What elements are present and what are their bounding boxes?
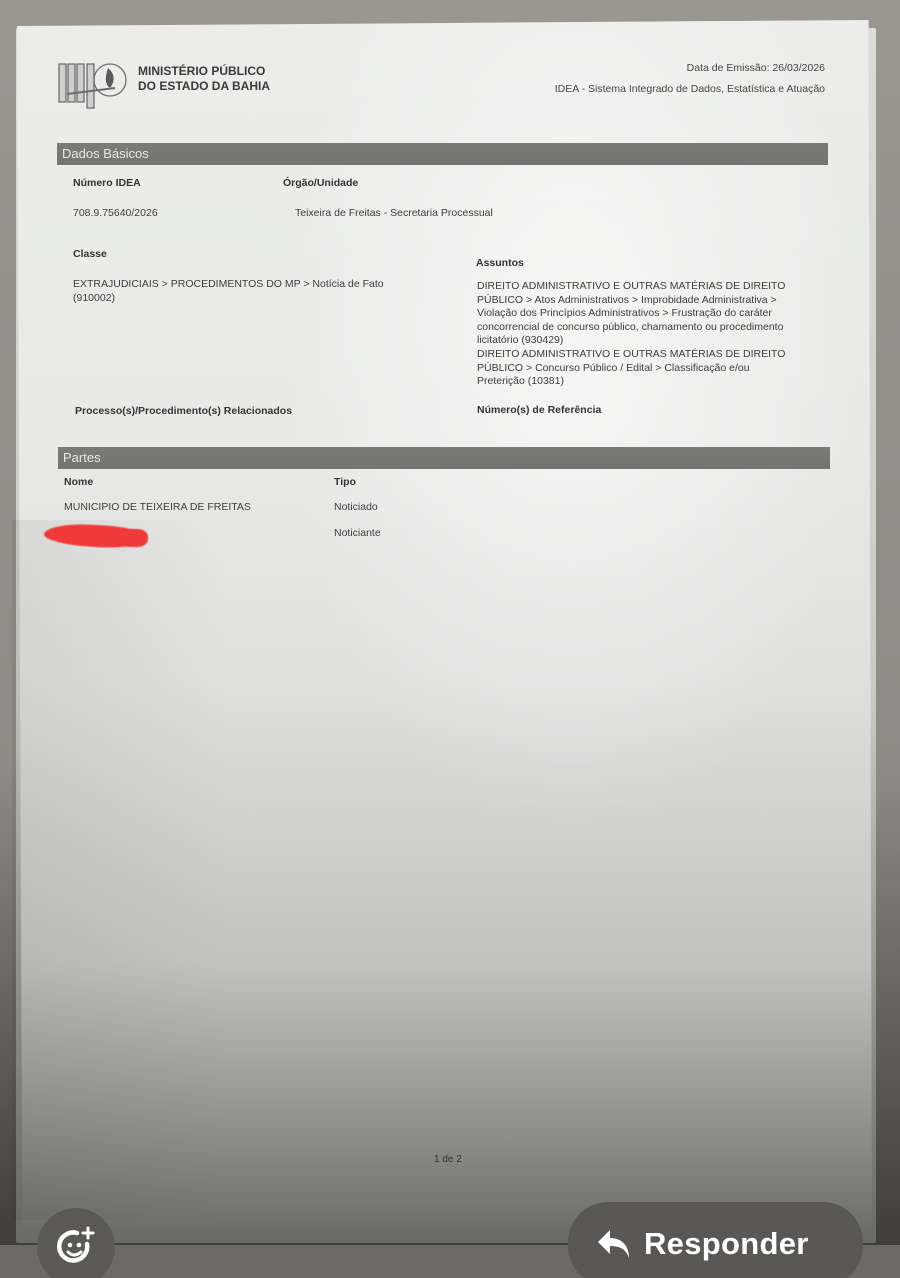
reply-label: Responder [644,1226,809,1262]
assunto-line: PÚBLICO > Concurso Público / Edital > Cl… [477,362,785,376]
section-header-partes: Partes [58,447,830,469]
numero-idea-label: Número IDEA [73,177,141,189]
parte-tipo: Noticiado [334,501,378,515]
col-header-tipo: Tipo [334,476,356,488]
add-reaction-icon [53,1224,99,1270]
classe-value-line2: (910002) [73,292,384,306]
assunto-item: DIREITO ADMINISTRATIVO E OUTRAS MATÉRIAS… [477,280,785,348]
redaction-mark [120,529,148,547]
assunto-line: concorrencial de concurso público, chama… [477,321,785,335]
classe-label: Classe [73,248,107,260]
orgao-value: Teixeira de Freitas - Secretaria Process… [295,207,493,221]
assunto-line: DIREITO ADMINISTRATIVO E OUTRAS MATÉRIAS… [477,280,785,294]
parte-tipo: Noticiante [334,527,381,541]
referencia-label: Número(s) de Referência [477,404,601,416]
assuntos-label: Assuntos [476,257,524,269]
relacionados-label: Processo(s)/Procedimento(s) Relacionados [75,405,292,417]
org-name-line2: DO ESTADO DA BAHIA [138,79,270,94]
reply-button[interactable]: Responder [568,1202,863,1278]
classe-value: EXTRAJUDICIAIS > PROCEDIMENTOS DO MP > N… [73,278,384,305]
organization-name: MINISTÉRIO PÚBLICO DO ESTADO DA BAHIA [138,64,270,94]
page-number: 1 de 2 [434,1154,462,1165]
col-header-nome: Nome [64,476,93,488]
reply-arrow-icon [596,1228,632,1260]
assunto-line: DIREITO ADMINISTRATIVO E OUTRAS MATÉRIAS… [477,348,785,362]
org-name-line1: MINISTÉRIO PÚBLICO [138,64,270,79]
assunto-line: Violação dos Princípios Administrativos … [477,307,785,321]
section-header-dados-basicos: Dados Básicos [57,143,828,165]
numero-idea-value: 708.9.75640/2026 [73,207,158,221]
emission-date: Data de Emissão: 26/03/2026 [687,62,825,74]
assunto-line: licitatório (930429) [477,334,785,348]
add-reaction-button[interactable] [37,1208,115,1278]
document-page [12,20,872,1228]
parte-nome: MUNICIPIO DE TEIXEIRA DE FREITAS [64,501,251,515]
classe-value-line1: EXTRAJUDICIAIS > PROCEDIMENTOS DO MP > N… [73,278,384,292]
assunto-line: Preterição (10381) [477,375,785,389]
system-name: IDEA - Sistema Integrado de Dados, Estat… [555,83,825,95]
mp-logo-icon [55,58,133,110]
assunto-line: PÚBLICO > Atos Administrativos > Improbi… [477,294,785,308]
assunto-item: DIREITO ADMINISTRATIVO E OUTRAS MATÉRIAS… [477,348,785,389]
orgao-label: Órgão/Unidade [283,177,358,189]
